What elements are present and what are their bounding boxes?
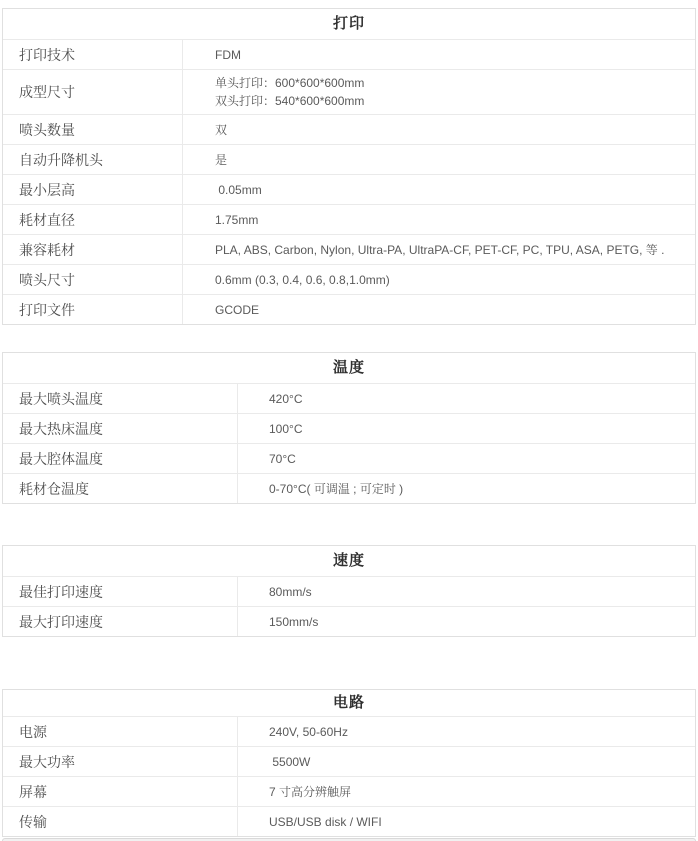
spec-label: 耗材仓温度 xyxy=(3,474,238,503)
spec-table-3: 电路电源240V, 50-60Hz最大功率 5500W屏幕7 寸高分辨触屏传输U… xyxy=(2,689,696,837)
table-row: 成型尺寸单头打印：600*600*600mm 双头打印：540*600*600m… xyxy=(3,69,695,114)
spec-label: 打印技术 xyxy=(3,40,183,69)
table-row: 最大热床温度100°C xyxy=(3,413,695,443)
spec-value: FDM xyxy=(183,40,695,69)
spec-value: 150mm/s xyxy=(238,607,695,636)
table-row: 屏幕7 寸高分辨触屏 xyxy=(3,776,695,806)
table-row: 最佳打印速度80mm/s xyxy=(3,576,695,606)
spec-value: 0.6mm (0.3, 0.4, 0.6, 0.8,1.0mm) xyxy=(183,265,695,294)
spec-value: 80mm/s xyxy=(238,577,695,606)
spec-label: 最大打印速度 xyxy=(3,607,238,636)
spec-table-0: 打印打印技术FDM成型尺寸单头打印：600*600*600mm 双头打印：540… xyxy=(2,8,696,325)
spec-value: 是 xyxy=(183,145,695,174)
table-row: 最大打印速度150mm/s xyxy=(3,606,695,636)
spec-value: 5500W xyxy=(238,747,695,776)
spec-value: 7 寸高分辨触屏 xyxy=(238,777,695,806)
table-row: 喷头尺寸0.6mm (0.3, 0.4, 0.6, 0.8,1.0mm) xyxy=(3,264,695,294)
table-row: 电源240V, 50-60Hz xyxy=(3,716,695,746)
spec-value: 0-70°C( 可调温 ; 可定时 ) xyxy=(238,474,695,503)
table-row: 喷头数量双 xyxy=(3,114,695,144)
table-row: 最大腔体温度70°C xyxy=(3,443,695,473)
spec-label: 耗材直径 xyxy=(3,205,183,234)
spec-value: 0.05mm xyxy=(183,175,695,204)
spec-label: 最大喷头温度 xyxy=(3,384,238,413)
table-row: 兼容耗材PLA, ABS, Carbon, Nylon, Ultra-PA, U… xyxy=(3,234,695,264)
spec-label: 最小层高 xyxy=(3,175,183,204)
spec-sheet: 打印打印技术FDM成型尺寸单头打印：600*600*600mm 双头打印：540… xyxy=(0,0,698,841)
spec-label: 屏幕 xyxy=(3,777,238,806)
spec-value: 1.75mm xyxy=(183,205,695,234)
table-row: 打印文件GCODE xyxy=(3,294,695,324)
table-row: 最大喷头温度420°C xyxy=(3,383,695,413)
spec-table-1: 温度最大喷头温度420°C最大热床温度100°C最大腔体温度70°C耗材仓温度0… xyxy=(2,352,696,504)
table-title: 速度 xyxy=(3,546,695,576)
spec-label: 最大热床温度 xyxy=(3,414,238,443)
spec-label: 喷头数量 xyxy=(3,115,183,144)
spec-label: 电源 xyxy=(3,717,238,746)
spec-value: USB/USB disk / WIFI xyxy=(238,807,695,836)
spec-value: 100°C xyxy=(238,414,695,443)
spec-value: 单头打印：600*600*600mm 双头打印：540*600*600mm xyxy=(183,70,695,114)
spec-value: GCODE xyxy=(183,295,695,324)
table-title: 打印 xyxy=(3,9,695,39)
table-title: 温度 xyxy=(3,353,695,383)
spec-value: 420°C xyxy=(238,384,695,413)
spec-label: 最佳打印速度 xyxy=(3,577,238,606)
spec-table-2: 速度最佳打印速度80mm/s最大打印速度150mm/s xyxy=(2,545,696,637)
spec-value: 70°C xyxy=(238,444,695,473)
spec-value: PLA, ABS, Carbon, Nylon, Ultra-PA, Ultra… xyxy=(183,235,695,264)
spec-label: 喷头尺寸 xyxy=(3,265,183,294)
table-row: 打印技术FDM xyxy=(3,39,695,69)
spec-value: 双 xyxy=(183,115,695,144)
table-row: 耗材直径1.75mm xyxy=(3,204,695,234)
table-row: 最小层高 0.05mm xyxy=(3,174,695,204)
spec-label: 传输 xyxy=(3,807,238,836)
table-row: 自动升降机头是 xyxy=(3,144,695,174)
spec-label: 自动升降机头 xyxy=(3,145,183,174)
table-row: 传输USB/USB disk / WIFI xyxy=(3,806,695,836)
spec-value: 240V, 50-60Hz xyxy=(238,717,695,746)
table-row: 最大功率 5500W xyxy=(3,746,695,776)
spec-label: 最大腔体温度 xyxy=(3,444,238,473)
spec-label: 成型尺寸 xyxy=(3,70,183,114)
table-title: 电路 xyxy=(3,690,695,716)
spec-label: 兼容耗材 xyxy=(3,235,183,264)
spec-label: 最大功率 xyxy=(3,747,238,776)
spec-label: 打印文件 xyxy=(3,295,183,324)
table-row: 耗材仓温度0-70°C( 可调温 ; 可定时 ) xyxy=(3,473,695,503)
